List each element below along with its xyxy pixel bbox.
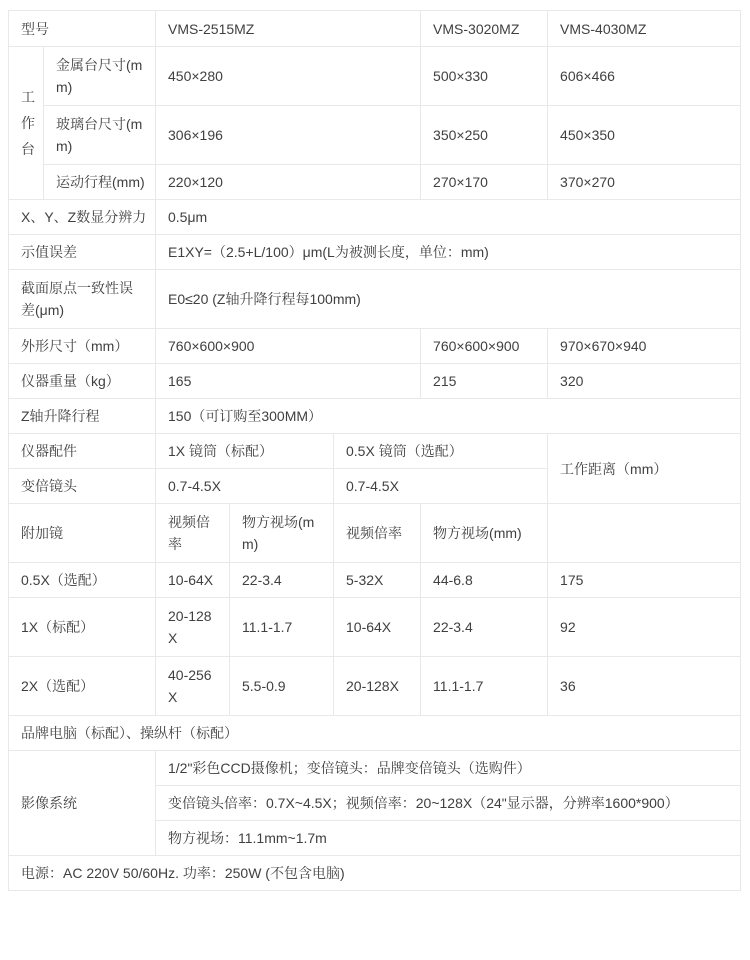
- zoom-lens-value-1: 0.7-4.5X: [156, 469, 334, 504]
- row-imaging-1: 影像系统 1/2"彩色CCD摄像机；变倍镜头：品牌变倍镜头（选购件）: [9, 751, 741, 786]
- origin-error-label: 截面原点一致性误差(μm): [9, 270, 156, 329]
- resolution-value: 0.5μm: [156, 200, 741, 235]
- row-aux-header: 附加镜 视频倍率 物方视场(mm) 视频倍率 物方视场(mm): [9, 504, 741, 563]
- aux-05x-video-mag-1: 10-64X: [156, 563, 230, 598]
- aux-05x-video-mag-2: 5-32X: [334, 563, 421, 598]
- aux-header-empty-cell: [548, 504, 741, 563]
- weight-value-3: 320: [548, 364, 741, 399]
- accessories-label: 仪器配件: [9, 434, 156, 469]
- worktable-group-label: 工 作 台: [9, 47, 44, 200]
- aux-col-video-mag-1: 视频倍率: [156, 504, 230, 563]
- aux-1x-label: 1X（标配）: [9, 598, 156, 657]
- row-z-travel: Z轴升降行程 150（可订购至300MM）: [9, 399, 741, 434]
- row-resolution: X、Y、Z数显分辨力 0.5μm: [9, 200, 741, 235]
- accessories-value-1: 1X 镜筒（标配）: [156, 434, 334, 469]
- indication-error-label: 示值误差: [9, 235, 156, 270]
- imaging-row-magnification: 变倍镜头倍率：0.7X~4.5X；视频倍率：20~128X（24"显示器，分辨率…: [156, 786, 741, 821]
- row-computer: 品牌电脑（标配）、操纵杆（标配）: [9, 716, 741, 751]
- aux-header-label: 附加镜: [9, 504, 156, 563]
- aux-2x-fov-2: 11.1-1.7: [421, 657, 548, 716]
- indication-error-value: E1XY=（2.5+L/100）μm(L为被测长度，单位：mm): [156, 235, 741, 270]
- imaging-row-fov: 物方视场：11.1mm~1.7m: [156, 821, 741, 856]
- spec-table: 型号 VMS-2515MZ VMS-3020MZ VMS-4030MZ 工 作 …: [8, 10, 741, 891]
- aux-2x-label: 2X（选配）: [9, 657, 156, 716]
- aux-2x-video-mag-1: 40-256X: [156, 657, 230, 716]
- zoom-lens-value-2: 0.7-4.5X: [334, 469, 548, 504]
- travel-label: 运动行程(mm): [44, 165, 156, 200]
- aux-1x-fov-1: 11.1-1.7: [230, 598, 334, 657]
- aux-2x-fov-1: 5.5-0.9: [230, 657, 334, 716]
- resolution-label: X、Y、Z数显分辨力: [9, 200, 156, 235]
- travel-value-1: 220×120: [156, 165, 421, 200]
- dimensions-label: 外形尺寸（mm）: [9, 329, 156, 364]
- row-glass-stage: 玻璃台尺寸(mm) 306×196 350×250 450×350: [9, 106, 741, 165]
- z-travel-value: 150（可订购至300MM）: [156, 399, 741, 434]
- weight-value-2: 215: [421, 364, 548, 399]
- row-weight: 仪器重量（kg） 165 215 320: [9, 364, 741, 399]
- worktable-char-3: 台: [21, 136, 31, 162]
- metal-stage-value-1: 450×280: [156, 47, 421, 106]
- aux-1x-video-mag-1: 20-128X: [156, 598, 230, 657]
- row-origin-error: 截面原点一致性误差(μm) E0≤20 (Z轴升降行程每100mm): [9, 270, 741, 329]
- row-metal-stage: 工 作 台 金属台尺寸(mm) 450×280 500×330 606×466: [9, 47, 741, 106]
- glass-stage-value-1: 306×196: [156, 106, 421, 165]
- model-row-label: 型号: [9, 11, 156, 47]
- power-row-text: 电源：AC 220V 50/60Hz. 功率：250W (不包含电脑): [9, 856, 741, 891]
- weight-value-1: 165: [156, 364, 421, 399]
- row-dimensions: 外形尺寸（mm） 760×600×900 760×600×900 970×670…: [9, 329, 741, 364]
- aux-col-video-mag-2: 视频倍率: [334, 504, 421, 563]
- row-accessories: 仪器配件 1X 镜筒（标配） 0.5X 镜筒（选配） 工作距离（mm）: [9, 434, 741, 469]
- aux-05x-fov-2: 44-6.8: [421, 563, 548, 598]
- aux-col-fov-2: 物方视场(mm): [421, 504, 548, 563]
- row-indication-error: 示值误差 E1XY=（2.5+L/100）μm(L为被测长度，单位：mm): [9, 235, 741, 270]
- imaging-row-camera: 1/2"彩色CCD摄像机；变倍镜头：品牌变倍镜头（选购件）: [156, 751, 741, 786]
- glass-stage-value-3: 450×350: [548, 106, 741, 165]
- worktable-char-1: 工: [21, 84, 31, 110]
- glass-stage-label: 玻璃台尺寸(mm): [44, 106, 156, 165]
- z-travel-label: Z轴升降行程: [9, 399, 156, 434]
- worktable-char-2: 作: [21, 110, 31, 136]
- row-model: 型号 VMS-2515MZ VMS-3020MZ VMS-4030MZ: [9, 11, 741, 47]
- model-name-3: VMS-4030MZ: [548, 11, 741, 47]
- origin-error-value: E0≤20 (Z轴升降行程每100mm): [156, 270, 741, 329]
- dimensions-value-3: 970×670×940: [548, 329, 741, 364]
- dimensions-value-1: 760×600×900: [156, 329, 421, 364]
- metal-stage-value-3: 606×466: [548, 47, 741, 106]
- metal-stage-label: 金属台尺寸(mm): [44, 47, 156, 106]
- row-aux-2x: 2X（选配） 40-256X 5.5-0.9 20-128X 11.1-1.7 …: [9, 657, 741, 716]
- row-travel: 运动行程(mm) 220×120 270×170 370×270: [9, 165, 741, 200]
- zoom-lens-label: 变倍镜头: [9, 469, 156, 504]
- dimensions-value-2: 760×600×900: [421, 329, 548, 364]
- model-name-1: VMS-2515MZ: [156, 11, 421, 47]
- travel-value-3: 370×270: [548, 165, 741, 200]
- row-power: 电源：AC 220V 50/60Hz. 功率：250W (不包含电脑): [9, 856, 741, 891]
- row-aux-05x: 0.5X（选配） 10-64X 22-3.4 5-32X 44-6.8 175: [9, 563, 741, 598]
- model-name-2: VMS-3020MZ: [421, 11, 548, 47]
- aux-05x-label: 0.5X（选配）: [9, 563, 156, 598]
- row-aux-1x: 1X（标配） 20-128X 11.1-1.7 10-64X 22-3.4 92: [9, 598, 741, 657]
- imaging-system-label: 影像系统: [9, 751, 156, 856]
- aux-05x-working-distance: 175: [548, 563, 741, 598]
- aux-col-fov-1: 物方视场(mm): [230, 504, 334, 563]
- aux-05x-fov-1: 22-3.4: [230, 563, 334, 598]
- aux-1x-video-mag-2: 10-64X: [334, 598, 421, 657]
- glass-stage-value-2: 350×250: [421, 106, 548, 165]
- aux-2x-working-distance: 36: [548, 657, 741, 716]
- accessories-value-2: 0.5X 镜筒（选配）: [334, 434, 548, 469]
- working-distance-header: 工作距离（mm）: [548, 434, 741, 504]
- computer-row-text: 品牌电脑（标配）、操纵杆（标配）: [9, 716, 741, 751]
- aux-2x-video-mag-2: 20-128X: [334, 657, 421, 716]
- travel-value-2: 270×170: [421, 165, 548, 200]
- weight-label: 仪器重量（kg）: [9, 364, 156, 399]
- aux-1x-working-distance: 92: [548, 598, 741, 657]
- aux-1x-fov-2: 22-3.4: [421, 598, 548, 657]
- metal-stage-value-2: 500×330: [421, 47, 548, 106]
